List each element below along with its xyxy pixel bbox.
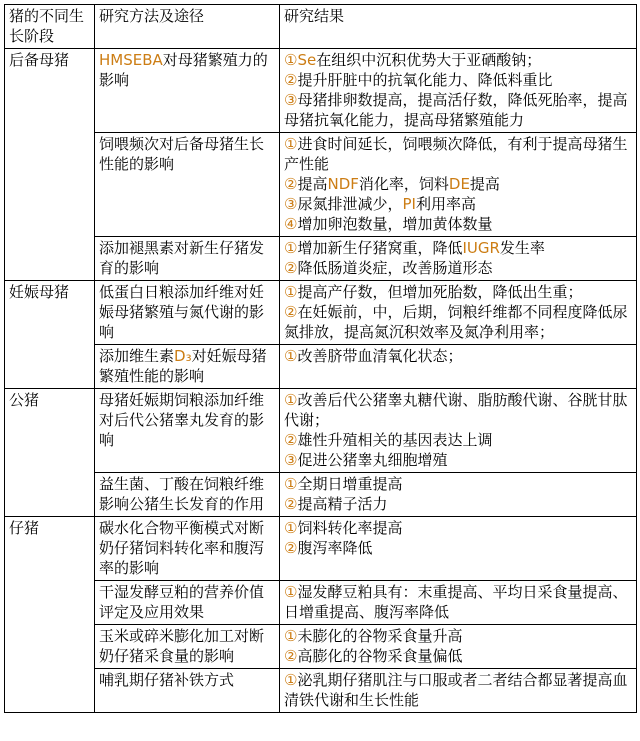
result-item: ①湿发酵豆粕具有：末重提高、平均日采食量提高、日增重提高、腹泻率降低 xyxy=(284,582,633,622)
circled-number: ① xyxy=(284,671,297,689)
column-header-method: 研究方法及途径 xyxy=(95,5,280,49)
result-item: ①泌乳期仔猪肌注与口服或者二者结合都显著提高血清铁代谢和生长性能 xyxy=(284,670,633,710)
circled-number: ① xyxy=(284,347,297,365)
result-item: ①全期日增重提高 xyxy=(284,474,633,494)
header-row: 猪的不同生长阶段 研究方法及途径 研究结果 xyxy=(5,5,637,49)
result-item: ③促进公猪睾丸细胞增殖 xyxy=(284,450,633,470)
result-item: ①改善脐带血清氧化状态； xyxy=(284,346,633,366)
circled-number: ② xyxy=(284,539,297,557)
result-item: ②提高NDF消化率，饲料DE提高 xyxy=(284,174,633,194)
result-item: ①未膨化的谷物采食量升高 xyxy=(284,626,633,646)
latin-token: NDF xyxy=(327,175,358,193)
table-row: 后备母猪HMSEBA对母猪繁殖力的影响①Se在组织中沉积优势大于亚硒酸钠；②提升… xyxy=(5,49,637,133)
table-row: 添加维生素D₃对妊娠母猪繁殖性能的影响①改善脐带血清氧化状态； xyxy=(5,345,637,389)
result-item: ④增加卵泡数量，增加黄体数量 xyxy=(284,214,633,234)
result-cell: ①Se在组织中沉积优势大于亚硒酸钠；②提升肝脏中的抗氧化能力、降低料重比③母猪排… xyxy=(280,49,637,133)
stage-cell: 妊娠母猪 xyxy=(5,281,95,389)
result-cell: ①泌乳期仔猪肌注与口服或者二者结合都显著提高血清铁代谢和生长性能 xyxy=(280,669,637,713)
table-row: 哺乳期仔猪补铁方式①泌乳期仔猪肌注与口服或者二者结合都显著提高血清铁代谢和生长性… xyxy=(5,669,637,713)
stage-cell: 后备母猪 xyxy=(5,49,95,281)
latin-token: D₃ xyxy=(174,347,192,365)
table-row: 益生菌、丁酸在饲粮纤维影响公猪生长发育的作用①全期日增重提高②提高精子活力 xyxy=(5,473,637,517)
circled-number: ① xyxy=(284,519,297,537)
stage-cell: 公猪 xyxy=(5,389,95,517)
table-row: 公猪母猪妊娠期饲粮添加纤维对后代公猪睾丸发育的影响①改善后代公猪睾丸糖代谢、脂肪… xyxy=(5,389,637,473)
circled-number: ① xyxy=(284,51,297,69)
method-cell: 母猪妊娠期饲粮添加纤维对后代公猪睾丸发育的影响 xyxy=(95,389,280,473)
result-cell: ①提高产仔数，但增加死胎数，降低出生重；②在妊娠前，中，后期，饲粮纤维都不同程度… xyxy=(280,281,637,345)
result-item: ①Se在组织中沉积优势大于亚硒酸钠； xyxy=(284,50,633,70)
circled-number: ① xyxy=(284,475,297,493)
circled-number: ① xyxy=(284,135,297,153)
circled-number: ③ xyxy=(284,451,297,469)
circled-number: ② xyxy=(284,175,297,193)
latin-token: Se xyxy=(297,51,316,69)
result-cell: ①湿发酵豆粕具有：末重提高、平均日采食量提高、日增重提高、腹泻率降低 xyxy=(280,581,637,625)
latin-token: PI xyxy=(402,195,415,213)
method-cell: 添加维生素D₃对妊娠母猪繁殖性能的影响 xyxy=(95,345,280,389)
method-cell: 碳水化合物平衡模式对断奶仔猪饲料转化率和腹泻率的影响 xyxy=(95,517,280,581)
circled-number: ④ xyxy=(284,215,297,233)
result-cell: ①进食时间延长，饲喂频次降低，有利于提高母猪生产性能②提高NDF消化率，饲料DE… xyxy=(280,133,637,237)
result-item: ①提高产仔数，但增加死胎数，降低出生重； xyxy=(284,282,633,302)
result-item: ③母猪排卵数提高，提高活仔数，降低死胎率，提高母猪抗氧化能力，提高母猪繁殖能力 xyxy=(284,90,633,130)
circled-number: ① xyxy=(284,583,297,601)
method-cell: HMSEBA对母猪繁殖力的影响 xyxy=(95,49,280,133)
circled-number: ① xyxy=(284,239,297,257)
result-item: ②雄性升殖相关的基因表达上调 xyxy=(284,430,633,450)
result-cell: ①增加新生仔猪窝重，降低IUGR发生率②降低肠道炎症，改善肠道形态 xyxy=(280,237,637,281)
research-table: 猪的不同生长阶段 研究方法及途径 研究结果 后备母猪HMSEBA对母猪繁殖力的影… xyxy=(4,4,637,713)
table-row: 仔猪碳水化合物平衡模式对断奶仔猪饲料转化率和腹泻率的影响①饲料转化率提高②腹泻率… xyxy=(5,517,637,581)
table-row: 添加褪黑素对新生仔猪发育的影响①增加新生仔猪窝重，降低IUGR发生率②降低肠道炎… xyxy=(5,237,637,281)
result-item: ②高膨化的谷物采食量偏低 xyxy=(284,646,633,666)
column-header-stage: 猪的不同生长阶段 xyxy=(5,5,95,49)
circled-number: ① xyxy=(284,391,297,409)
result-item: ①增加新生仔猪窝重，降低IUGR发生率 xyxy=(284,238,633,258)
result-item: ①改善后代公猪睾丸糖代谢、脂肪酸代谢、谷胱甘肽代谢； xyxy=(284,390,633,430)
circled-number: ③ xyxy=(284,91,297,109)
circled-number: ① xyxy=(284,627,297,645)
method-cell: 哺乳期仔猪补铁方式 xyxy=(95,669,280,713)
result-cell: ①改善脐带血清氧化状态； xyxy=(280,345,637,389)
method-cell: 益生菌、丁酸在饲粮纤维影响公猪生长发育的作用 xyxy=(95,473,280,517)
circled-number: ② xyxy=(284,431,297,449)
result-item: ②腹泻率降低 xyxy=(284,538,633,558)
result-item: ②提升肝脏中的抗氧化能力、降低料重比 xyxy=(284,70,633,90)
result-cell: ①全期日增重提高②提高精子活力 xyxy=(280,473,637,517)
table-row: 饲喂频次对后备母猪生长性能的影响①进食时间延长，饲喂频次降低，有利于提高母猪生产… xyxy=(5,133,637,237)
method-cell: 玉米或碎米膨化加工对断奶仔猪采食量的影响 xyxy=(95,625,280,669)
result-item: ②降低肠道炎症，改善肠道形态 xyxy=(284,258,633,278)
circled-number: ② xyxy=(284,495,297,513)
result-item: ①饲料转化率提高 xyxy=(284,518,633,538)
circled-number: ② xyxy=(284,303,297,321)
result-cell: ①饲料转化率提高②腹泻率降低 xyxy=(280,517,637,581)
latin-token: IUGR xyxy=(462,239,499,257)
method-cell: 干湿发酵豆粕的营养价值评定及应用效果 xyxy=(95,581,280,625)
method-cell: 添加褪黑素对新生仔猪发育的影响 xyxy=(95,237,280,281)
result-item: ②提高精子活力 xyxy=(284,494,633,514)
latin-token: DE xyxy=(449,175,470,193)
circled-number: ② xyxy=(284,647,297,665)
result-cell: ①改善后代公猪睾丸糖代谢、脂肪酸代谢、谷胱甘肽代谢；②雄性升殖相关的基因表达上调… xyxy=(280,389,637,473)
result-item: ①进食时间延长，饲喂频次降低，有利于提高母猪生产性能 xyxy=(284,134,633,174)
table-row: 干湿发酵豆粕的营养价值评定及应用效果①湿发酵豆粕具有：末重提高、平均日采食量提高… xyxy=(5,581,637,625)
stage-cell: 仔猪 xyxy=(5,517,95,713)
result-cell: ①未膨化的谷物采食量升高②高膨化的谷物采食量偏低 xyxy=(280,625,637,669)
page: 猪的不同生长阶段 研究方法及途径 研究结果 后备母猪HMSEBA对母猪繁殖力的影… xyxy=(0,0,640,717)
circled-number: ③ xyxy=(284,195,297,213)
circled-number: ① xyxy=(284,283,297,301)
circled-number: ② xyxy=(284,71,297,89)
method-cell: 低蛋白日粮添加纤维对妊娠母猪繁殖与氮代谢的影响 xyxy=(95,281,280,345)
result-item: ③尿氮排泄减少，PI利用率高 xyxy=(284,194,633,214)
table-row: 玉米或碎米膨化加工对断奶仔猪采食量的影响①未膨化的谷物采食量升高②高膨化的谷物采… xyxy=(5,625,637,669)
table-body: 后备母猪HMSEBA对母猪繁殖力的影响①Se在组织中沉积优势大于亚硒酸钠；②提升… xyxy=(5,49,637,713)
method-cell: 饲喂频次对后备母猪生长性能的影响 xyxy=(95,133,280,237)
circled-number: ② xyxy=(284,259,297,277)
result-item: ②在妊娠前，中，后期，饲粮纤维都不同程度降低尿氮排放，提高氮沉积效率及氮净利用率… xyxy=(284,302,633,342)
latin-token: HMSEBA xyxy=(99,51,163,69)
column-header-result: 研究结果 xyxy=(280,5,637,49)
table-row: 妊娠母猪低蛋白日粮添加纤维对妊娠母猪繁殖与氮代谢的影响①提高产仔数，但增加死胎数… xyxy=(5,281,637,345)
